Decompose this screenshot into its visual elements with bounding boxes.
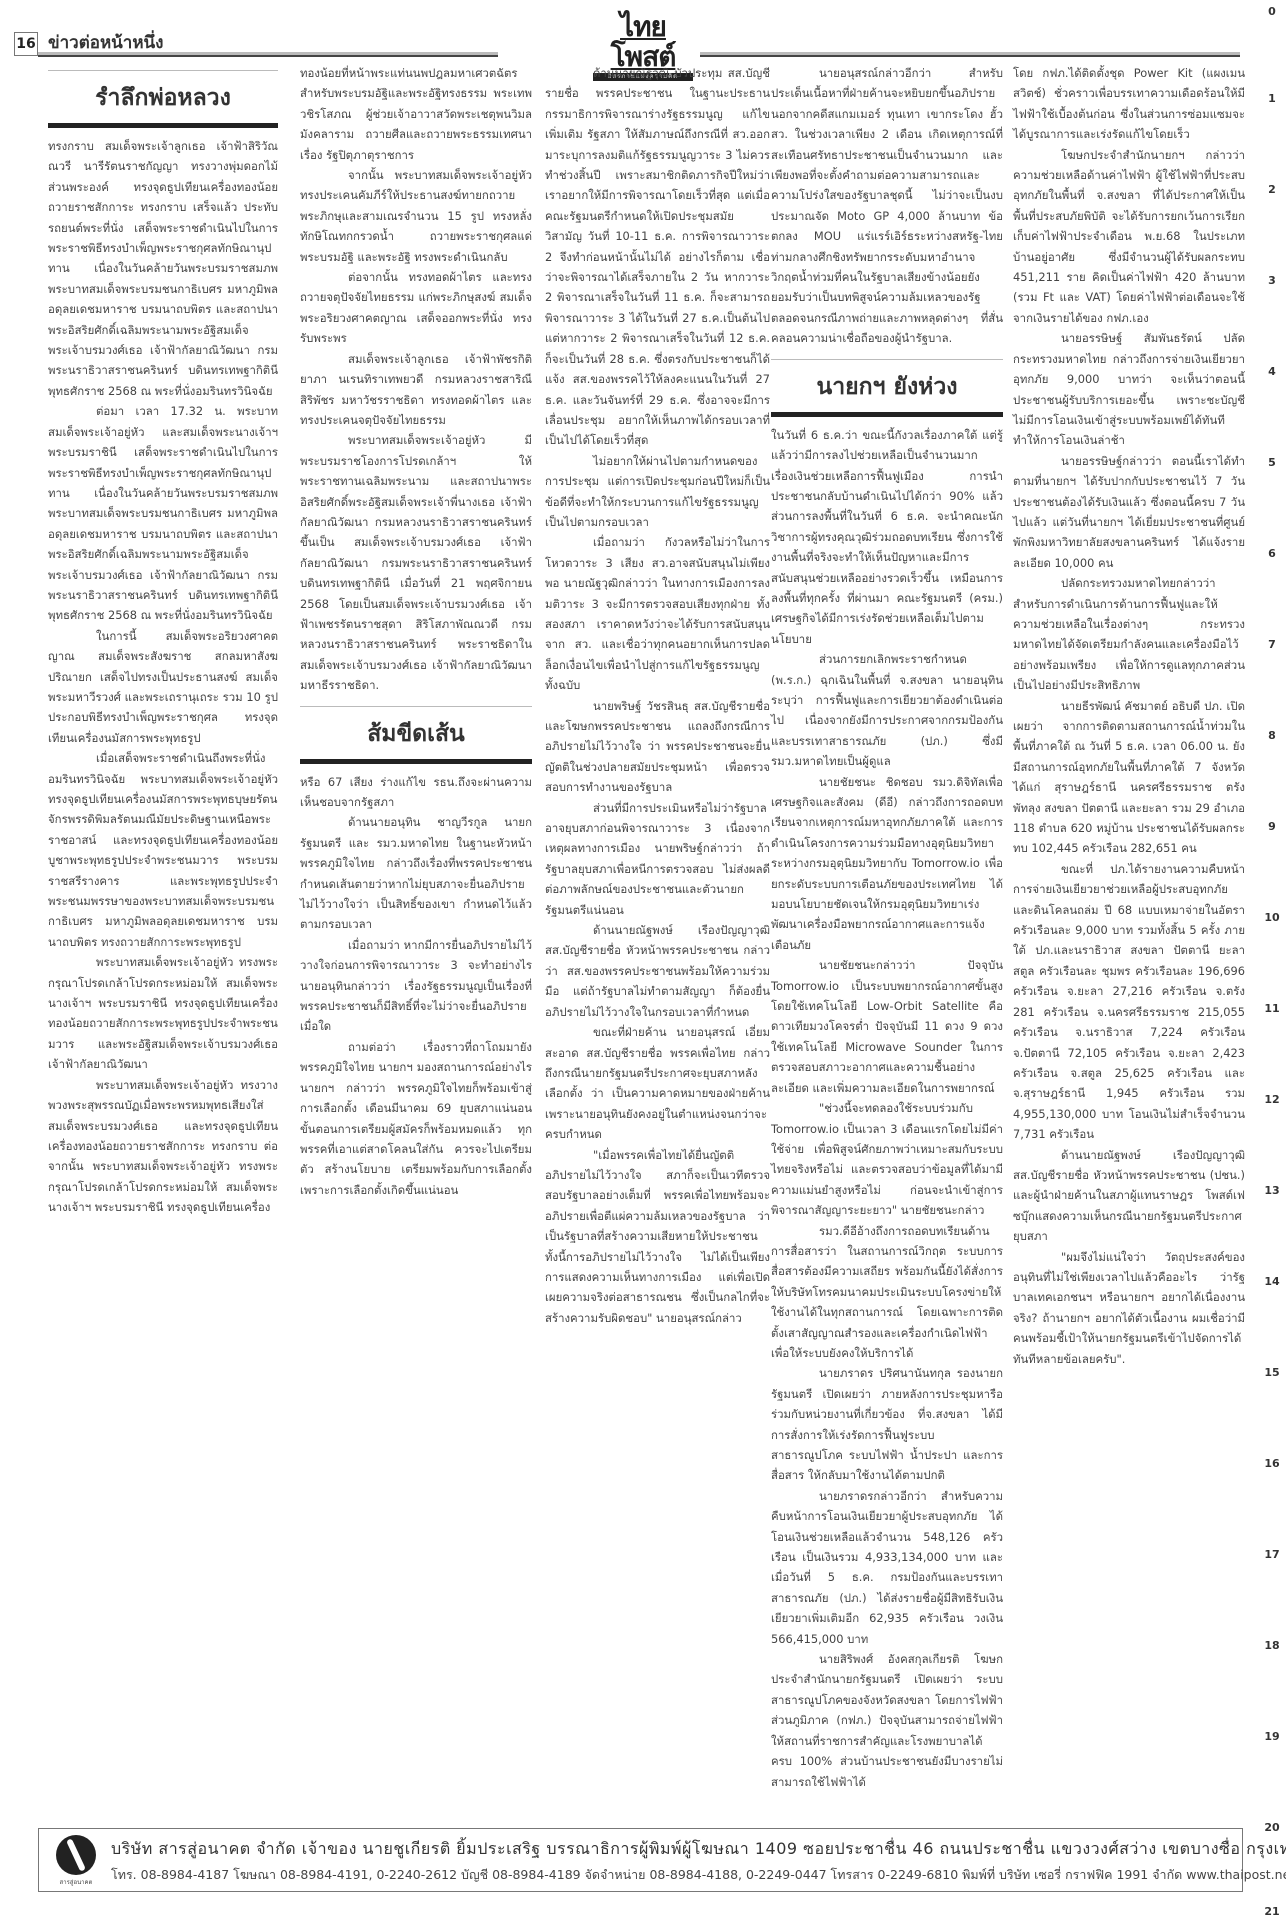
- ruler-mark: 3: [1258, 274, 1286, 287]
- paragraph: "ผมจึงไม่แน่ใจว่า วัตถุประสงค์ของอนุทินท…: [1013, 1247, 1245, 1369]
- ruler-mark: 15: [1258, 1366, 1286, 1379]
- article-heading: นายกฯ ยังห่วง: [771, 359, 1003, 417]
- column-2: ทองน้อยที่หน้าพระแท่นนพปฎลมหาเศวตฉัตร สำ…: [300, 63, 532, 1200]
- paragraph: ด้านนายณัฐพงษ์ เรืองปัญญาวุฒิ สส.บัญชีรา…: [1013, 1145, 1245, 1247]
- ruler-mark: 10: [1258, 911, 1286, 924]
- paragraph: นายสิริพงศ์ อังคสกุลเกียรติ โฆษกประจำสำน…: [771, 1649, 1003, 1792]
- ruler-mark: 9: [1258, 820, 1286, 833]
- header-rule-left: [38, 52, 498, 57]
- ruler-mark: 17: [1258, 1548, 1286, 1561]
- paragraph: เมื่อถามว่า หากมีการยื่นอภิปรายไม่ไว้วาง…: [300, 935, 532, 1037]
- divider: [300, 759, 532, 764]
- divider: [771, 412, 1003, 417]
- imprint-line-2: โทร. 08-8984-4187 โฆษณา 08-8984-4191, 0-…: [111, 1865, 1286, 1885]
- paragraph: นายชัยชนะ ชิดชอบ รมว.ดิจิทัลเพื่อเศรษฐกิ…: [771, 772, 1003, 956]
- paragraph: หรือ 67 เสียง ร่างแก้ไข รธน.ถึงจะผ่านควา…: [300, 772, 532, 813]
- publisher-logo: สารสู่อนาคต: [51, 1835, 101, 1885]
- publisher-logo-caption: สารสู่อนาคต: [51, 1877, 101, 1887]
- column-3: ด้านนายณัฐวุฒิ บัวประทุม สส.บัญชีรายชื่อ…: [545, 63, 770, 1328]
- column-5: โดย กฟภ.ได้ติดตั้งชุด Power Kit (แผงเมนส…: [1013, 63, 1245, 1369]
- column-4: นายอนุสรณ์กล่าวอีกว่า สำหรับประเด็นเนื้อ…: [771, 63, 1003, 1792]
- divider: [48, 123, 278, 128]
- publisher-logo-icon: [56, 1835, 96, 1875]
- ruler-mark: 12: [1258, 1093, 1286, 1106]
- ruler-mark: 4: [1258, 365, 1286, 378]
- ruler-mark: 5: [1258, 456, 1286, 469]
- paragraph: นายชัยชนะกล่าวว่า ปัจจุบัน Tomorrow.io เ…: [771, 955, 1003, 1098]
- paragraph: ด้านนายอนุทิน ชาญวีรกูล นายกรัฐมนตรี และ…: [300, 812, 532, 934]
- paragraph: นายอรรษิษฐ์กล่าวว่า ตอนนี้เราได้ทำตามที่…: [1013, 451, 1245, 573]
- ruler-mark: 18: [1258, 1639, 1286, 1652]
- paragraph: โฆษกประจำสำนักนายกฯ กล่าวว่า ความช่วยเหล…: [1013, 145, 1245, 329]
- ruler-mark: 14: [1258, 1275, 1286, 1288]
- paragraph: ในวันที่ 6 ธ.ค.ว่า ขณะนี้กังวลเรื่องภาคใ…: [771, 425, 1003, 649]
- ruler-mark: 8: [1258, 729, 1286, 742]
- paragraph: สมเด็จพระเจ้าลูกเธอ เจ้าฟ้าพัชรกิติยาภา …: [300, 349, 532, 431]
- paragraph: "เมื่อพรรคเพื่อไทยได้ยื่นญัตติอภิปรายไม่…: [545, 1145, 770, 1329]
- ruler-mark: 0: [1258, 5, 1286, 18]
- ruler-mark: 13: [1258, 1184, 1286, 1197]
- paragraph: นายภราดร ปริศนานันทกุล รองนายกรัฐมนตรี เ…: [771, 1363, 1003, 1485]
- divider: [48, 70, 278, 71]
- paragraph: ในการนี้ สมเด็จพระอริยวงศาคตญาณ สมเด็จพร…: [48, 626, 278, 748]
- paragraph: ไม่อยากให้ผ่านไปตามกำหนดของการประชุม แต่…: [545, 451, 770, 533]
- paragraph: จากนั้น พระบาทสมเด็จพระเจ้าอยู่หัว ทรงปร…: [300, 165, 532, 267]
- ruler-mark: 1: [1258, 92, 1286, 105]
- paragraph: ต่อจากนั้น ทรงทอดผ้าไตร และทรงถวายจตุปัจ…: [300, 267, 532, 349]
- header-rule-right: [700, 52, 1240, 57]
- ruler-mark: 2: [1258, 183, 1286, 196]
- paragraph: นายอนุสรณ์กล่าวอีกว่า สำหรับประเด็นเนื้อ…: [771, 63, 1003, 349]
- paragraph: รมว.ดีอีอ้างถึงการถอดบทเรียนด้านการสื่อส…: [771, 1221, 1003, 1364]
- paragraph: ส่วนที่มีการประเมินหรือไม่ว่ารัฐบาลอาจยุ…: [545, 798, 770, 920]
- ruler-mark: 6: [1258, 547, 1286, 560]
- page-number: 16: [14, 32, 38, 56]
- paragraph: "ช่วงนี้จะทดลองใช้ระบบร่วมกับ Tomorrow.i…: [771, 1098, 1003, 1220]
- paragraph: นายอรรษิษฐ์ สัมพันธรัตน์ ปลัดกระทรวงมหาด…: [1013, 328, 1245, 450]
- paragraph: ด้านนายณัฐวุฒิ บัวประทุม สส.บัญชีรายชื่อ…: [545, 63, 770, 451]
- article-heading: ส้มขีดเส้น: [300, 706, 532, 764]
- column-1: รำลึกพ่อหลวง ทรงกราบ สมเด็จพระเจ้าลูกเธอ…: [48, 70, 278, 1218]
- paragraph: ทองน้อยที่หน้าพระแท่นนพปฎลมหาเศวตฉัตร สำ…: [300, 63, 532, 165]
- paragraph: โดย กฟภ.ได้ติดตั้งชุด Power Kit (แผงเมนส…: [1013, 63, 1245, 145]
- paragraph: ขณะที่ฝ่ายค้าน นายอนุสรณ์ เอี่ยมสะอาด สส…: [545, 1022, 770, 1144]
- article-title-pm-concerned: นายกฯ ยังห่วง: [771, 372, 1003, 412]
- ruler-mark: 11: [1258, 1002, 1286, 1015]
- imprint-line-1: บริษัท สารสู่อนาคต จำกัด เจ้าของ นายชูเก…: [111, 1837, 1286, 1862]
- ruler-mark: 7: [1258, 638, 1286, 651]
- paragraph: เมื่อเสด็จพระราชดำเนินถึงพระที่นั่งอมริน…: [48, 748, 278, 952]
- paragraph: ต่อมา เวลา 17.32 น. พระบาทสมเด็จพระเจ้าอ…: [48, 401, 278, 625]
- article-title-rumluek: รำลึกพ่อหลวง: [48, 83, 278, 123]
- paragraph: พระบาทสมเด็จพระเจ้าอยู่หัว ทรงวางพวงพระส…: [48, 1075, 278, 1218]
- paragraph: พระบาทสมเด็จพระเจ้าอยู่หัว มีพระบรมราชโอ…: [300, 430, 532, 695]
- paragraph: ด้านนายณัฐพงษ์ เรืองปัญญาวุฒิ สส.บัญชีรา…: [545, 920, 770, 1022]
- paragraph: นายภราดรกล่าวอีกว่า สำหรับความคืบหน้าการ…: [771, 1486, 1003, 1649]
- publisher-imprint: สารสู่อนาคต บริษัท สารสู่อนาคต จำกัด เจ้…: [38, 1828, 1243, 1892]
- divider: [771, 359, 1003, 360]
- ruler-mark: 21: [1258, 1905, 1286, 1918]
- article-title-somkheedsen: ส้มขีดเส้น: [300, 719, 532, 759]
- paragraph: ถามต่อว่า เรื่องราวที่ถาโถมมายังพรรคภูมิ…: [300, 1037, 532, 1200]
- paragraph: ส่วนการยกเลิกพระราชกำหนด (พ.ร.ก.) ฉุกเฉิ…: [771, 649, 1003, 771]
- ruler-mark: 19: [1258, 1730, 1286, 1743]
- divider: [300, 706, 532, 707]
- ruler-mark: 16: [1258, 1457, 1286, 1470]
- scan-ruler: 0 1 2 3 4 5 6 7 8 9 10 11 12 13 14 15 16…: [1258, 0, 1286, 1920]
- paragraph: นายธีรพัฒน์ คัชมาตย์ อธิบดี ปภ. เปิดเผยว…: [1013, 696, 1245, 859]
- paragraph: นายพริษฐ์ วัชรสินธุ สส.บัญชีรายชื่อ และโ…: [545, 696, 770, 798]
- paragraph: เมื่อถามว่า กังวลหรือไม่ว่าในการโหวตวาระ…: [545, 532, 770, 695]
- paragraph: ปลัดกระทรวงมหาดไทยกล่าวว่า สำหรับการดำเน…: [1013, 573, 1245, 695]
- ruler-mark: 20: [1258, 1821, 1286, 1834]
- paragraph: ทรงกราบ สมเด็จพระเจ้าลูกเธอ เจ้าฟ้าสิริว…: [48, 136, 278, 401]
- paragraph: พระบาทสมเด็จพระเจ้าอยู่หัว ทรงพระกรุณาโป…: [48, 952, 278, 1074]
- article-heading: รำลึกพ่อหลวง: [48, 70, 278, 128]
- paragraph: ขณะที่ ปภ.ได้รายงานความคืบหน้าการจ่ายเงิ…: [1013, 859, 1245, 1145]
